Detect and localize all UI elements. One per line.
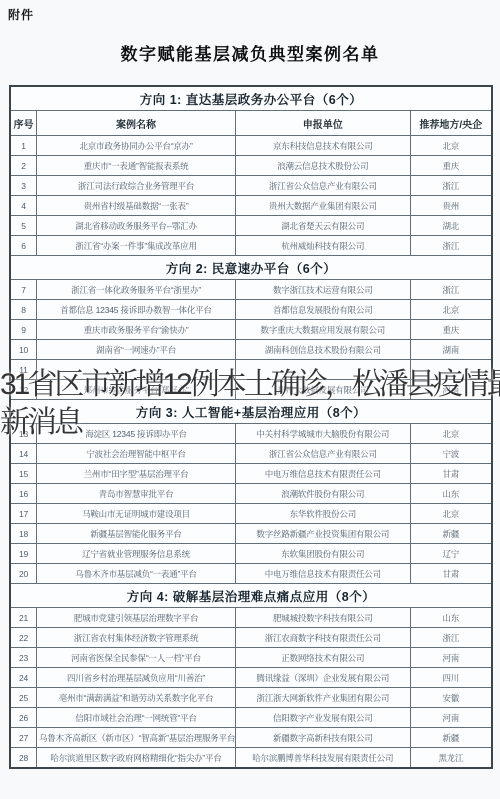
case-name: 贵州省村级基础数据“一张表” [37,196,236,216]
row-seq: 25 [10,688,37,708]
table-row: 12郑州市综合服务平台“郑好办”郑州大数据发展有限公司河南 [10,380,492,400]
table-row: 18新疆基层智能化服务平台数字丝路新疆产业投资集团有限公司新疆 [10,524,492,544]
table-row: 7浙江省一体化政务服务平台“浙里办”数字浙江技术运营有限公司浙江 [10,280,492,300]
recommend-region: 浙江 [410,280,492,300]
case-name: 辽宁省就业管理服务信息系统 [37,544,236,564]
row-seq: 9 [10,320,37,340]
row-seq: 2 [10,156,37,176]
table-row: 19辽宁省就业管理服务信息系统东软集团股份有限公司辽宁 [10,544,492,564]
case-table: 方向 1: 直达基层政务办公平台（6个）序号案例名称申报单位推荐地方/央企1北京… [9,85,493,769]
row-seq: 27 [10,728,37,748]
case-name: 乌鲁木齐市基层减负“一表通”平台 [37,564,236,584]
case-name: 浙江省“办案一件事”集成改革应用 [37,236,236,256]
case-table-wrapper: 方向 1: 直达基层政务办公平台（6个）序号案例名称申报单位推荐地方/央企1北京… [9,85,493,769]
row-seq: 13 [10,424,37,444]
table-row: 2重庆市“一表通”智能报表系统浪潮云信息技术股份公司重庆 [10,156,492,176]
recommend-region: 辽宁 [410,544,492,564]
table-row: 25亳州市“满薪满益”和谐劳动关系数字化平台浙江浙大网新软件产业集团有限公司安徽 [10,688,492,708]
case-name: 兰州市“田字型”基层治理平台 [37,464,236,484]
recommend-region: 浙江 [410,628,492,648]
case-name: 马鞍山市无证明城市建设项目 [37,504,236,524]
column-header: 序号 [10,111,37,136]
table-row: 16青岛市智慧审批平台浪潮软件股份有限公司山东 [10,484,492,504]
column-header-row: 序号案例名称申报单位推荐地方/央企 [10,111,492,136]
declaring-unit: 哈尔滨鹏博普华科技发展有限责任公司 [236,748,410,769]
case-name: 河南省医保全民参保“一人一档”平台 [37,648,236,668]
row-seq: 5 [10,216,37,236]
recommend-region: 安徽 [410,688,492,708]
row-seq: 28 [10,748,37,769]
recommend-region: 河南 [410,648,492,668]
declaring-unit: 浪潮软件股份有限公司 [236,484,410,504]
table-row: 14宁波社会治理智能中枢平台浙江省公众信息产业有限公司宁波 [10,444,492,464]
row-seq: 11 [10,360,37,380]
table-row: 4贵州省村级基础数据“一张表”贵州大数据产业集团有限公司贵州 [10,196,492,216]
declaring-unit: 浙江浙大网新软件产业集团有限公司 [236,688,410,708]
case-name: 浙江省农村集体经济数字管理系统 [37,628,236,648]
row-seq: 16 [10,484,37,504]
declaring-unit: 正数网络技术有限公司 [236,648,410,668]
row-seq: 22 [10,628,37,648]
row-seq: 6 [10,236,37,256]
case-table-body: 方向 1: 直达基层政务办公平台（6个）序号案例名称申报单位推荐地方/央企1北京… [10,86,492,768]
table-row: 5湖北省移动政务服务平台--鄂汇办湖北省楚天云有限公司湖北 [10,216,492,236]
declaring-unit: 中关村科学城城市大脑股份有限公司 [236,424,410,444]
row-seq: 19 [10,544,37,564]
row-seq: 8 [10,300,37,320]
case-name: 宁波社会治理智能中枢平台 [37,444,236,464]
declaring-unit: 首都信息发展股份有限公司 [236,300,410,320]
recommend-region: 新疆 [410,728,492,748]
recommend-region: 重庆 [410,320,492,340]
table-row: 17马鞍山市无证明城市建设项目东华软件股份公司北京 [10,504,492,524]
table-row: 8首都信息 12345 接诉即办数智一体化平台首都信息发展股份有限公司北京 [10,300,492,320]
declaring-unit: 贵州大数据产业集团有限公司 [236,196,410,216]
section-heading: 方向 3: 人工智能+基层治理应用（8个） [10,400,492,424]
attachment-label: 附件 [8,6,34,23]
section-row: 方向 4: 破解基层治理难点痛点应用（8个） [10,584,492,608]
case-name: 湖南省“一网速办”平台 [37,340,236,360]
section-row: 方向 1: 直达基层政务办公平台（6个） [10,86,492,111]
table-row: 9重庆市政务服务平台“渝快办”数字重庆大数据应用发展有限公司重庆 [10,320,492,340]
declaring-unit: 浙江省公众信息产业有限公司 [236,176,410,196]
recommend-region: 重庆 [410,156,492,176]
table-row: 13海淀区 12345 接诉即办平台中关村科学城城市大脑股份有限公司北京 [10,424,492,444]
recommend-region: 四川 [410,668,492,688]
recommend-region: 甘肃 [410,564,492,584]
recommend-region: 北京 [410,504,492,524]
recommend-region: 山东 [410,608,492,628]
column-header: 推荐地方/央企 [410,111,492,136]
table-row: 3浙江司法行政综合业务管理平台浙江省公众信息产业有限公司浙江 [10,176,492,196]
recommend-region: 河南 [410,380,492,400]
case-name: 海淀区 12345 接诉即办平台 [37,424,236,444]
case-name: 哈尔滨道里区数字政府网格精细化“指尖办”平台 [37,748,236,769]
case-name: 肥城市党建引领基层治理数字平台 [37,608,236,628]
section-row: 方向 2: 民意速办平台（6个） [10,256,492,280]
declaring-unit: 浙江农商数字科技有限责任公司 [236,628,410,648]
recommend-region: 河南 [410,708,492,728]
recommend-region: 宁波 [410,444,492,464]
row-seq: 4 [10,196,37,216]
row-seq: 23 [10,648,37,668]
table-row: 27乌鲁木齐高新区（新市区）“智高新”基层治理服务平台新疆数字高新科技有限公司新… [10,728,492,748]
declaring-unit: 腾讯缘益（深圳）企业发展有限公司 [236,668,410,688]
table-row: 15兰州市“田字型”基层治理平台中电万维信息技术有限责任公司甘肃 [10,464,492,484]
case-name [37,360,236,380]
case-name: 浙江司法行政综合业务管理平台 [37,176,236,196]
case-name: 北京市政务协同办公平台“京办” [37,136,236,156]
column-header: 案例名称 [37,111,236,136]
recommend-region: 北京 [410,424,492,444]
case-name: 浙江省一体化政务服务平台“浙里办” [37,280,236,300]
recommend-region: 新疆 [410,524,492,544]
row-seq: 26 [10,708,37,728]
case-name: 湖北省移动政务服务平台--鄂汇办 [37,216,236,236]
declaring-unit: 郑州大数据发展有限公司 [236,380,410,400]
case-name: 亳州市“满薪满益”和谐劳动关系数字化平台 [37,688,236,708]
row-seq: 21 [10,608,37,628]
recommend-region: 北京 [410,300,492,320]
row-seq: 12 [10,380,37,400]
table-row: 10湖南省“一网速办”平台湖南科创信息技术股份有限公司湖南 [10,340,492,360]
row-seq: 10 [10,340,37,360]
table-row: 6浙江省“办案一件事”集成改革应用杭州威灿科技有限公司浙江 [10,236,492,256]
declaring-unit: 数字重庆大数据应用发展有限公司 [236,320,410,340]
page-title: 数字赋能基层减负典型案例名单 [0,40,500,65]
declaring-unit: 京东科技信息技术有限公司 [236,136,410,156]
case-name: 信阳市域社会治理“一网统管”平台 [37,708,236,728]
case-name: 乌鲁木齐高新区（新市区）“智高新”基层治理服务平台 [37,728,236,748]
table-row: 20乌鲁木齐市基层减负“一表通”平台中电万维信息技术有限责任公司甘肃 [10,564,492,584]
table-row: 1北京市政务协同办公平台“京办”京东科技信息技术有限公司北京 [10,136,492,156]
recommend-region: 贵州 [410,196,492,216]
table-row: 24四川省乡村治理基层减负应用“川善治”腾讯缘益（深圳）企业发展有限公司四川 [10,668,492,688]
table-row: 21肥城市党建引领基层治理数字平台肥城城投数字科技有限公司山东 [10,608,492,628]
table-row: 11 [10,360,492,380]
declaring-unit: 东软集团股份有限公司 [236,544,410,564]
declaring-unit: 东华软件股份公司 [236,504,410,524]
declaring-unit: 湖北省楚天云有限公司 [236,216,410,236]
row-seq: 14 [10,444,37,464]
recommend-region: 湖南 [410,340,492,360]
declaring-unit: 中电万维信息技术有限责任公司 [236,564,410,584]
table-row: 26信阳市域社会治理“一网统管”平台信阳数字产业发展有限公司河南 [10,708,492,728]
case-name: 青岛市智慧审批平台 [37,484,236,504]
row-seq: 24 [10,668,37,688]
case-name: 新疆基层智能化服务平台 [37,524,236,544]
row-seq: 17 [10,504,37,524]
recommend-region: 甘肃 [410,464,492,484]
table-row: 22浙江省农村集体经济数字管理系统浙江农商数字科技有限责任公司浙江 [10,628,492,648]
declaring-unit: 新疆数字高新科技有限公司 [236,728,410,748]
row-seq: 1 [10,136,37,156]
row-seq: 3 [10,176,37,196]
recommend-region: 山东 [410,484,492,504]
declaring-unit [236,360,410,380]
declaring-unit: 浙江省公众信息产业有限公司 [236,444,410,464]
declaring-unit: 肥城城投数字科技有限公司 [236,608,410,628]
declaring-unit: 杭州威灿科技有限公司 [236,236,410,256]
case-name: 重庆市政务服务平台“渝快办” [37,320,236,340]
recommend-region: 北京 [410,136,492,156]
declaring-unit: 浪潮云信息技术股份公司 [236,156,410,176]
declaring-unit: 信阳数字产业发展有限公司 [236,708,410,728]
case-name: 郑州市综合服务平台“郑好办” [37,380,236,400]
row-seq: 7 [10,280,37,300]
row-seq: 15 [10,464,37,484]
section-heading: 方向 4: 破解基层治理难点痛点应用（8个） [10,584,492,608]
table-row: 28哈尔滨道里区数字政府网格精细化“指尖办”平台哈尔滨鹏博普华科技发展有限责任公… [10,748,492,769]
column-header: 申报单位 [236,111,410,136]
row-seq: 18 [10,524,37,544]
declaring-unit: 数字丝路新疆产业投资集团有限公司 [236,524,410,544]
declaring-unit: 湖南科创信息技术股份有限公司 [236,340,410,360]
row-seq: 20 [10,564,37,584]
recommend-region: 黑龙江 [410,748,492,769]
section-row: 方向 3: 人工智能+基层治理应用（8个） [10,400,492,424]
recommend-region: 湖北 [410,216,492,236]
recommend-region: 浙江 [410,236,492,256]
case-name: 四川省乡村治理基层减负应用“川善治” [37,668,236,688]
declaring-unit: 数字浙江技术运营有限公司 [236,280,410,300]
declaring-unit: 中电万维信息技术有限责任公司 [236,464,410,484]
section-heading: 方向 1: 直达基层政务办公平台（6个） [10,86,492,111]
recommend-region: 浙江 [410,176,492,196]
recommend-region [410,360,492,380]
table-row: 23河南省医保全民参保“一人一档”平台正数网络技术有限公司河南 [10,648,492,668]
case-name: 首都信息 12345 接诉即办数智一体化平台 [37,300,236,320]
case-name: 重庆市“一表通”智能报表系统 [37,156,236,176]
section-heading: 方向 2: 民意速办平台（6个） [10,256,492,280]
